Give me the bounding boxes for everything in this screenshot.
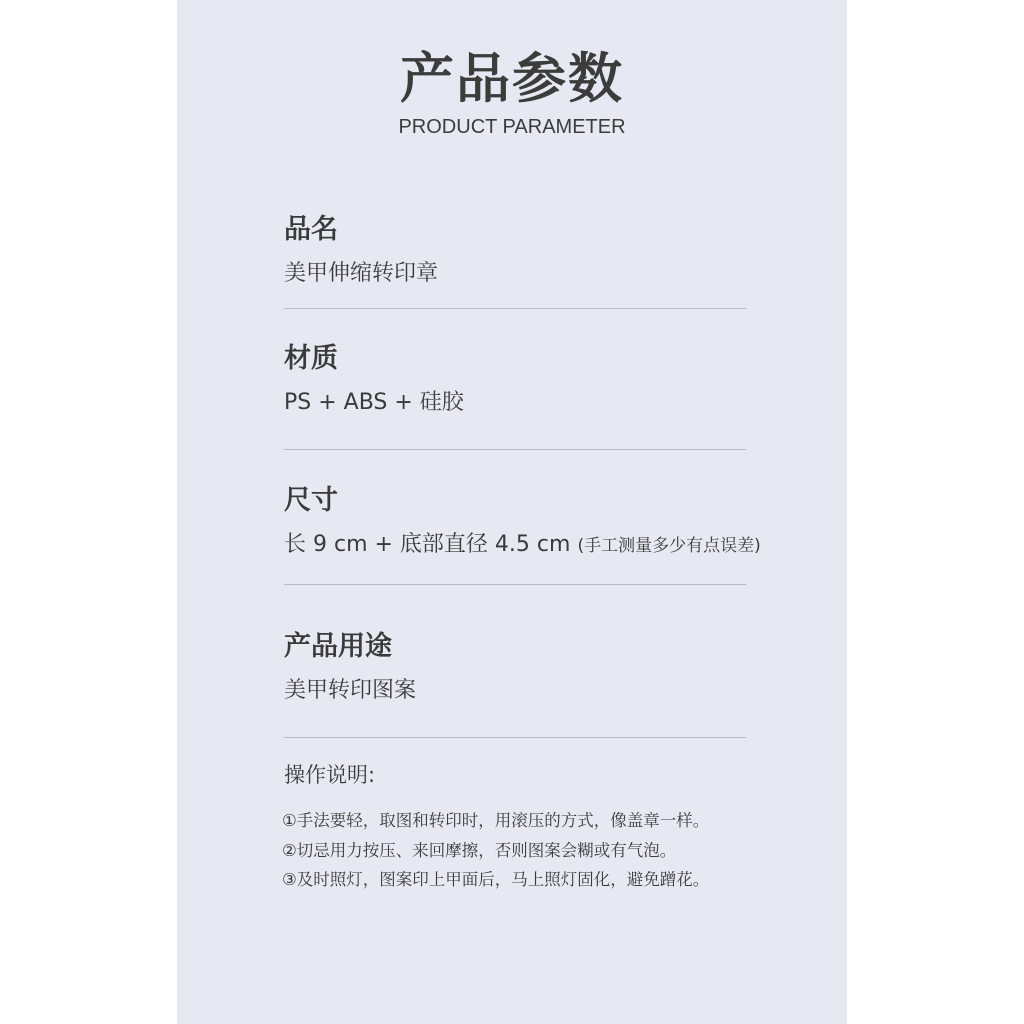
param-value: PS + ABS + 硅胶	[284, 388, 746, 418]
param-label: 尺寸	[284, 484, 746, 518]
instructions-list: ①手法要轻，取图和转印时，用滚压的方式，像盖章一样。 ②切忌用力按压、来回摩擦，…	[282, 806, 709, 895]
divider	[284, 737, 746, 738]
param-material: 材质 PS + ABS + 硅胶	[284, 342, 746, 418]
divider	[284, 449, 746, 450]
page-subtitle: PRODUCT PARAMETER	[177, 114, 847, 140]
param-label: 产品用途	[284, 630, 746, 664]
param-usage: 产品用途 美甲转印图案	[284, 630, 746, 706]
param-value-row: 长 9 cm + 底部直径 4.5 cm (手工测量多少有点误差)	[284, 530, 746, 561]
param-product-name: 品名 美甲伸缩转印章	[284, 213, 746, 289]
param-label: 品名	[284, 213, 746, 247]
instruction-step: ①手法要轻，取图和转印时，用滚压的方式，像盖章一样。	[282, 806, 709, 836]
param-value: 长 9 cm + 底部直径 4.5 cm	[284, 532, 570, 557]
parameter-panel: 产品参数 PRODUCT PARAMETER 品名 美甲伸缩转印章 材质 PS …	[177, 0, 847, 1024]
instruction-step: ②切忌用力按压、来回摩擦，否则图案会糊或有气泡。	[282, 836, 709, 866]
page-title: 产品参数	[177, 44, 847, 114]
instruction-step: ③及时照灯，图案印上甲面后，马上照灯固化，避免蹭花。	[282, 865, 709, 895]
param-note: (手工测量多少有点误差)	[577, 536, 760, 556]
param-value: 美甲转印图案	[284, 676, 746, 706]
param-size: 尺寸 长 9 cm + 底部直径 4.5 cm (手工测量多少有点误差)	[284, 484, 746, 561]
param-label: 材质	[284, 342, 746, 376]
instructions-title: 操作说明:	[284, 760, 375, 790]
divider	[284, 308, 746, 309]
param-value: 美甲伸缩转印章	[284, 259, 746, 289]
divider	[284, 584, 746, 585]
